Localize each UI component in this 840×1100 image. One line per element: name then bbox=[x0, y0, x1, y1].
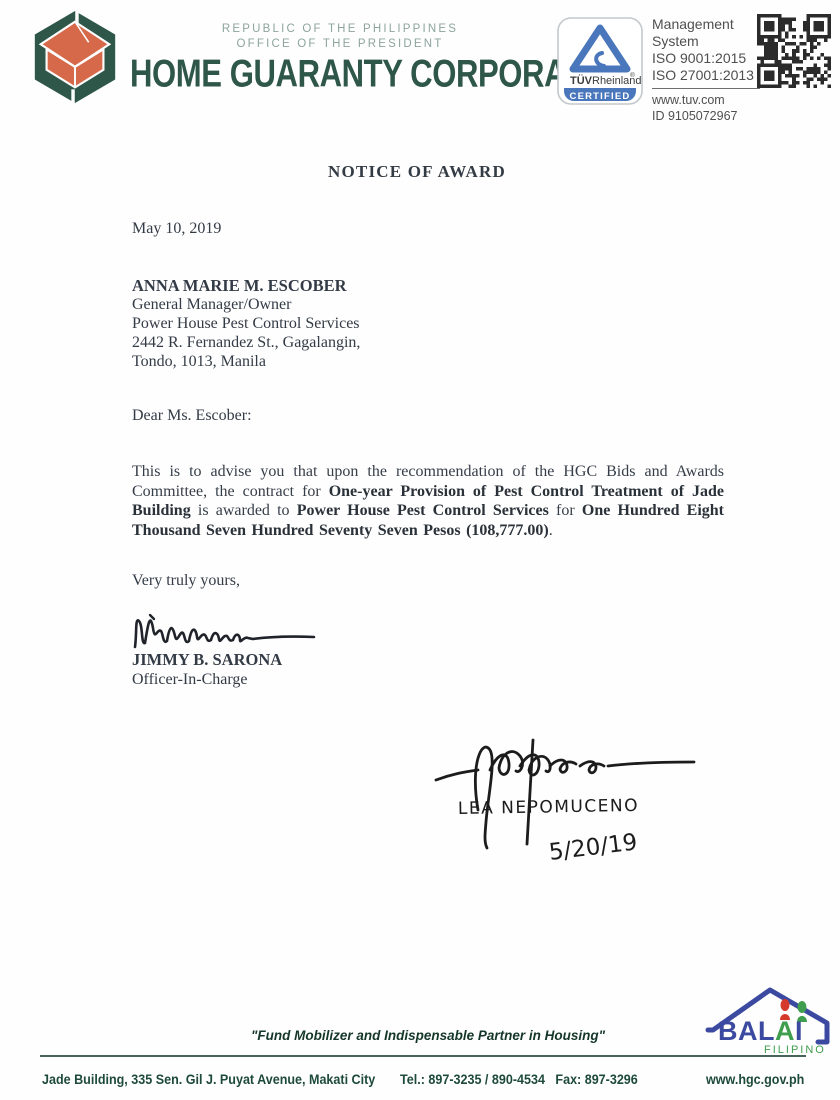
recipient-position: General Manager/Owner bbox=[132, 295, 360, 314]
body-paragraph: This is to advise you that upon the reco… bbox=[132, 462, 724, 540]
cert-text-block: Management System ISO 9001:2015 ISO 2700… bbox=[652, 16, 764, 124]
republic-line: REPUBLIC OF THE PHILIPPINES bbox=[130, 22, 550, 37]
signatory-title: Officer-In-Charge bbox=[132, 671, 247, 689]
recipient-address1: 2442 R. Fernandez St., Gagalangin, bbox=[132, 333, 360, 352]
qr-code bbox=[757, 14, 831, 88]
svg-text:BALAI: BALAI bbox=[718, 1016, 803, 1046]
recipient-company: Power House Pest Control Services bbox=[132, 314, 360, 333]
footer-address: Jade Building, 335 Sen. Gil J. Puyat Ave… bbox=[42, 1072, 375, 1087]
tuv-cert-id: ID 9105072967 bbox=[652, 108, 764, 124]
office-line: OFFICE OF THE PRESIDENT bbox=[130, 37, 550, 52]
recipient-block: ANNA MARIE M. ESCOBER General Manager/Ow… bbox=[132, 276, 360, 371]
received-date: 5/20/19 bbox=[548, 829, 639, 866]
hgc-logo-icon bbox=[25, 8, 125, 106]
received-by-name: LEA NEPOMUCENO bbox=[458, 796, 639, 819]
footer-divider bbox=[40, 1055, 806, 1057]
recipient-name: ANNA MARIE M. ESCOBER bbox=[132, 276, 360, 295]
balai-filipino-logo: BALAI FILIPINO bbox=[698, 980, 838, 1060]
certified-label: CERTIFIED bbox=[570, 91, 631, 102]
letter-title: NOTICE OF AWARD bbox=[0, 162, 834, 182]
tuv-website: www.tuv.com bbox=[652, 92, 764, 108]
sarona-signature bbox=[128, 604, 328, 654]
tuv-rheinland-badge: TÜVRheinland ® CERTIFIED bbox=[557, 17, 643, 105]
salutation: Dear Ms. Escober: bbox=[132, 407, 252, 425]
closing-line: Very truly yours, bbox=[132, 572, 240, 590]
tagline: "Fund Mobilizer and Indispensable Partne… bbox=[128, 1028, 728, 1043]
cert-line: Management bbox=[652, 16, 764, 33]
cert-line: ISO 9001:2015 bbox=[652, 50, 764, 67]
signatory-name: JIMMY B. SARONA bbox=[132, 650, 282, 670]
letter-date: May 10, 2019 bbox=[132, 220, 221, 238]
footer-phones: Tel.: 897-3235 / 890-4534 Fax: 897-3296 bbox=[400, 1072, 638, 1087]
svg-text:®: ® bbox=[630, 71, 635, 79]
header-gov-lines: REPUBLIC OF THE PHILIPPINES OFFICE OF TH… bbox=[130, 22, 550, 52]
received-signature: LEA NEPOMUCENO 5/20/19 bbox=[432, 722, 724, 872]
scanned-letter-page: REPUBLIC OF THE PHILIPPINES OFFICE OF TH… bbox=[0, 0, 840, 1100]
recipient-address2: Tondo, 1013, Manila bbox=[132, 352, 360, 371]
cert-divider bbox=[652, 88, 760, 89]
footer-website: www.hgc.gov.ph bbox=[706, 1072, 804, 1087]
cert-line: ISO 27001:2013 bbox=[652, 67, 764, 84]
cert-line: System bbox=[652, 33, 764, 50]
